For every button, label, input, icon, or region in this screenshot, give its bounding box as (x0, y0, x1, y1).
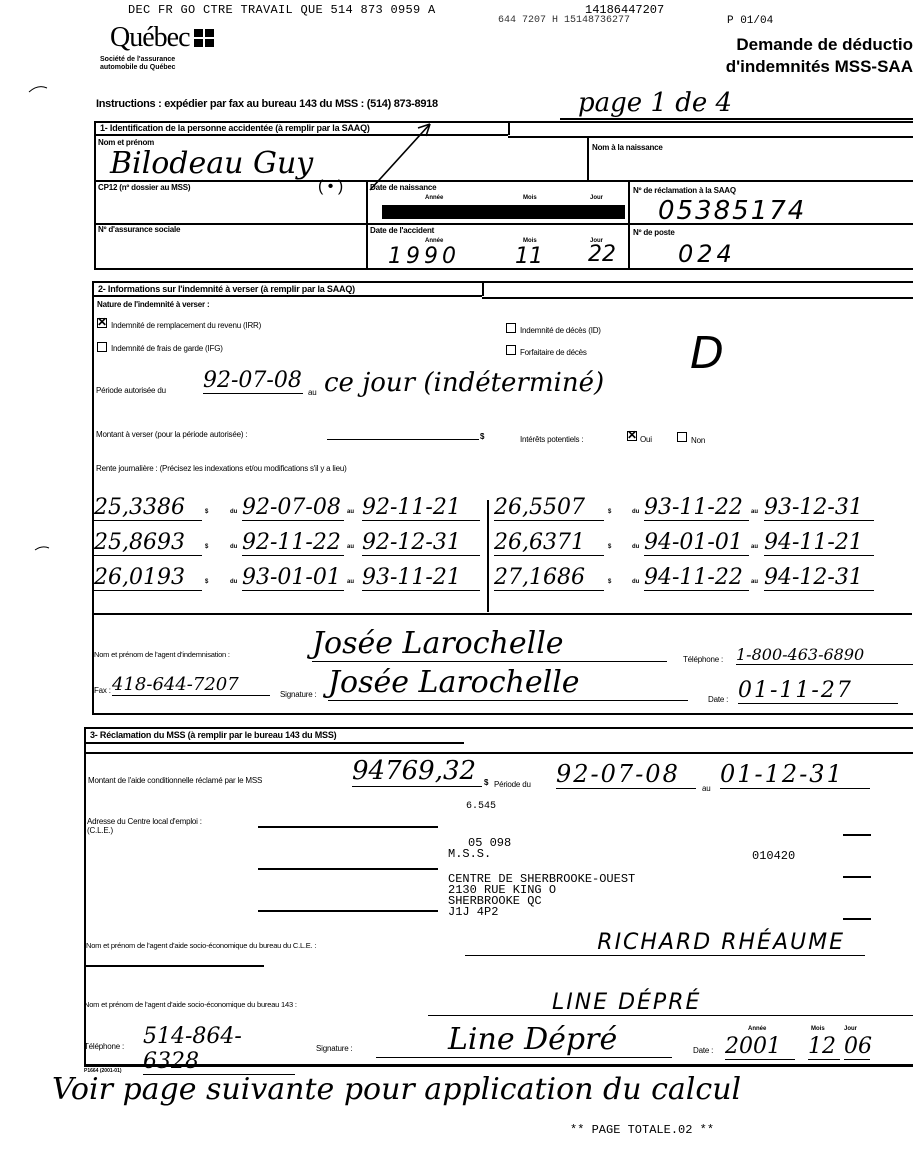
page-note: page 1 de 4 (578, 88, 732, 118)
signature-label: Signature : (280, 690, 317, 699)
quebec-logo: Québec (110, 22, 214, 54)
form-title: Demande de déductio d'indemnités MSS-SAA (726, 34, 913, 78)
margin-mark-icon (34, 545, 50, 551)
dollar-sign: $ (205, 579, 208, 585)
date-field[interactable]: 01-11-27 (738, 678, 898, 704)
rente-to[interactable]: 94-11-21 (764, 530, 874, 556)
fax-page-total: ** PAGE TOTALE.02 ** (570, 1123, 714, 1137)
cp12-label: CP12 (nº dossier au MSS) (98, 183, 190, 192)
periode-label: Période autorisée du (96, 386, 166, 395)
fax-header-page: P 01/04 (727, 15, 773, 27)
rente-amount[interactable]: 25,8693 (94, 530, 202, 556)
jour-label: Jour (844, 1026, 857, 1032)
date-143-annee-field[interactable]: 2001 (725, 1034, 795, 1060)
rente-row: 26,0193 $ du 93-01-01 au 93-11-21 (92, 565, 487, 600)
checkbox-interets-oui[interactable] (627, 431, 637, 441)
nature-label: Nature de l'indemnité à verser : (97, 300, 209, 309)
du-label: du (632, 544, 639, 550)
annee-label: Année (748, 1026, 766, 1032)
au-label: au (751, 544, 758, 550)
rente-column-divider (487, 500, 489, 612)
agent-143-label: Nom et prénom de l'agent d'aide socio-éc… (84, 1000, 297, 1009)
accident-annee-field[interactable]: 1990 (388, 244, 460, 269)
rente-row: 27,1686 $ du 94-11-22 au 94-12-31 (492, 565, 892, 600)
montant-label: Montant à verser (pour la période autori… (96, 430, 247, 439)
logo-wordmark: Québec (110, 22, 190, 54)
dollar-sign: $ (608, 544, 611, 550)
rente-to[interactable]: 92-12-31 (362, 530, 480, 556)
checkbox-irr[interactable] (97, 318, 107, 328)
checkbox-ifg[interactable] (97, 342, 107, 352)
checkbox-id[interactable] (506, 323, 516, 333)
fax-header-line2: 644 7207 H 15148736277 (498, 15, 630, 26)
checkbox-interets-non[interactable] (677, 432, 687, 442)
fax-label: Fax : (94, 686, 111, 695)
nom-naissance-label: Nom à la naissance (592, 143, 663, 152)
date-143-jour-field[interactable]: 06 (844, 1034, 870, 1060)
rente-to[interactable]: 92-11-21 (362, 495, 480, 521)
option-ifg-label: Indemnité de frais de garde (IFG) (111, 344, 223, 353)
margin-mark-d: D (690, 328, 724, 379)
rente-from[interactable]: 93-01-01 (242, 565, 344, 591)
telephone-143-label: Téléphone : (84, 1042, 124, 1051)
rente-right-column: 26,5507 $ du 93-11-22 au 93-12-31 26,637… (492, 495, 892, 600)
dollar-sign: $ (480, 432, 484, 441)
rente-row: 26,5507 $ du 93-11-22 au 93-12-31 (492, 495, 892, 530)
montant-mss-label: Montant de l'aide conditionnelle réclamé… (88, 776, 262, 785)
montant-field[interactable] (327, 430, 479, 440)
poste-field[interactable]: 024 (678, 240, 736, 268)
reclamation-field[interactable]: 05385174 (658, 196, 806, 226)
reclamation-label: Nº de réclamation à la SAAQ (633, 186, 736, 195)
instructions: Instructions : expédier par fax au burea… (96, 98, 438, 110)
adresse-label: Adresse du Centre local d'emploi : (C.L.… (87, 817, 202, 835)
rente-label: Rente journalière : (Précisez les indexa… (96, 464, 347, 473)
periode-mss-label: Période du (494, 780, 531, 789)
rente-row: 25,3386 $ du 92-07-08 au 92-11-21 (92, 495, 487, 530)
du-label: du (632, 509, 639, 515)
date-naissance-label: Date de naissance (370, 183, 436, 192)
oui-label: Oui (640, 435, 652, 444)
fax-header-sender: DEC FR GO CTRE TRAVAIL QUE 514 873 0959 … (128, 3, 436, 17)
date-label: Date : (708, 695, 728, 704)
agent-cle-field[interactable]: RICHARD RHÉAUME (465, 930, 865, 956)
au-label: au (347, 544, 354, 550)
annee-label: Année (425, 195, 443, 201)
cp12-field[interactable]: ( • ) (318, 178, 343, 196)
stamp-code: 010420 (752, 849, 795, 863)
cle-address-stamp: 05 098 M.S.S. CENTRE DE SHERBROOKE-OUEST… (448, 838, 635, 918)
option-irr-label: Indemnité de remplacement du revenu (IRR… (111, 321, 261, 330)
rente-row: 26,6371 $ du 94-01-01 au 94-11-21 (492, 530, 892, 565)
nas-field[interactable] (98, 236, 358, 266)
periode-mss-from-field[interactable]: 92-07-08 (556, 760, 696, 789)
date-143-label: Date : (693, 1046, 713, 1055)
date-accident-label: Date de l'accident (370, 226, 434, 235)
periode-to-field[interactable]: ce jour (indéterminé) (324, 368, 604, 398)
rente-to[interactable]: 94-12-31 (764, 565, 874, 591)
agent-field[interactable]: Josée Larochelle (312, 626, 667, 662)
rente-row: 25,8693 $ du 92-11-22 au 92-12-31 (92, 530, 487, 565)
rente-to[interactable]: 93-11-21 (362, 565, 480, 591)
fleur-de-lis-flag-icon (194, 29, 214, 47)
margin-mark-icon (28, 85, 48, 93)
rente-from[interactable]: 93-11-22 (644, 495, 749, 521)
rente-to[interactable]: 93-12-31 (764, 495, 874, 521)
au-label: au (347, 509, 354, 515)
nom-field[interactable]: Bilodeau Guy (110, 146, 313, 181)
du-label: du (230, 544, 237, 550)
dollar-sign: $ (205, 544, 208, 550)
non-label: Non (691, 436, 705, 445)
dollar-sign: $ (484, 778, 488, 787)
telephone-label: Téléphone : (683, 655, 723, 664)
nom-naissance-field[interactable] (592, 155, 902, 177)
agent-label: Nom et prénom de l'agent d'indemnisation… (94, 650, 230, 659)
section-1-header: 1- Identification de la personne acciden… (100, 123, 370, 133)
dollar-sign: $ (608, 579, 611, 585)
rente-amount[interactable]: 26,0193 (94, 565, 202, 591)
dollar-sign: $ (608, 509, 611, 515)
interets-label: Intérêts potentiels : (520, 435, 583, 444)
handwritten-note: Voir page suivante pour application du c… (52, 1072, 741, 1107)
redacted-birthdate (382, 205, 625, 219)
jour-label: Jour (590, 195, 603, 201)
mois-label: Mois (523, 195, 537, 201)
rente-amount[interactable]: 25,3386 (94, 495, 202, 521)
signature-143-label: Signature : (316, 1044, 353, 1053)
checkbox-forfaitaire[interactable] (506, 345, 516, 355)
au-label: au (702, 784, 711, 793)
agent-143-field[interactable]: LINE DÉPRÉ (428, 990, 913, 1016)
code-small: 6.545 (466, 801, 496, 812)
section-2-header: 2- Informations sur l'indemnité à verser… (98, 284, 355, 294)
du-label: du (230, 579, 237, 585)
date-143-mois-field[interactable]: 12 (808, 1034, 840, 1060)
option-forfaitaire-label: Forfaitaire de décès (520, 348, 587, 357)
rente-left-column: 25,3386 $ du 92-07-08 au 92-11-21 25,869… (92, 495, 487, 600)
fax-field[interactable]: 418-644-7207 (112, 674, 270, 696)
rente-from[interactable]: 94-01-01 (644, 530, 749, 556)
periode-from-field[interactable]: 92-07-08 (203, 368, 303, 394)
dollar-sign: $ (205, 509, 208, 515)
nas-label: Nº d'assurance sociale (98, 225, 180, 234)
au-label: au (751, 579, 758, 585)
poste-label: Nº de poste (633, 228, 675, 237)
logo-org-name: Société de l'assurance automobile du Qué… (96, 56, 175, 72)
section-3-header: 3- Réclamation du MSS (à remplir par le … (90, 730, 336, 740)
au-label: au (308, 388, 317, 397)
periode-mss-to-field[interactable]: 01-12-31 (720, 760, 870, 789)
rente-amount[interactable]: 26,6371 (494, 530, 604, 556)
rente-amount[interactable]: 26,5507 (494, 495, 604, 521)
rente-from[interactable]: 92-07-08 (242, 495, 344, 521)
rente-amount[interactable]: 27,1686 (494, 565, 604, 591)
agent-cle-label: Nom et prénom de l'agent d'aide socio-éc… (86, 941, 316, 950)
option-id-label: Indemnité de décès (ID) (520, 326, 601, 335)
accident-mois-field[interactable]: 11 (515, 244, 543, 269)
signature-143-field[interactable]: Line Dépré (376, 1022, 672, 1058)
montant-mss-field[interactable]: 94769,32 (352, 756, 482, 787)
telephone-143-field[interactable]: 514-864-6328 (143, 1024, 295, 1075)
rente-from[interactable]: 92-11-22 (242, 530, 344, 556)
au-label: au (751, 509, 758, 515)
du-label: du (230, 509, 237, 515)
signature-field[interactable]: Josée Larochelle (328, 665, 688, 701)
au-label: au (347, 579, 354, 585)
accident-jour-field[interactable]: 22 (588, 242, 616, 267)
mois-label: Mois (811, 1026, 825, 1032)
du-label: du (632, 579, 639, 585)
telephone-field[interactable]: 1-800-463-6890 (736, 645, 913, 665)
rente-from[interactable]: 94-11-22 (644, 565, 749, 591)
